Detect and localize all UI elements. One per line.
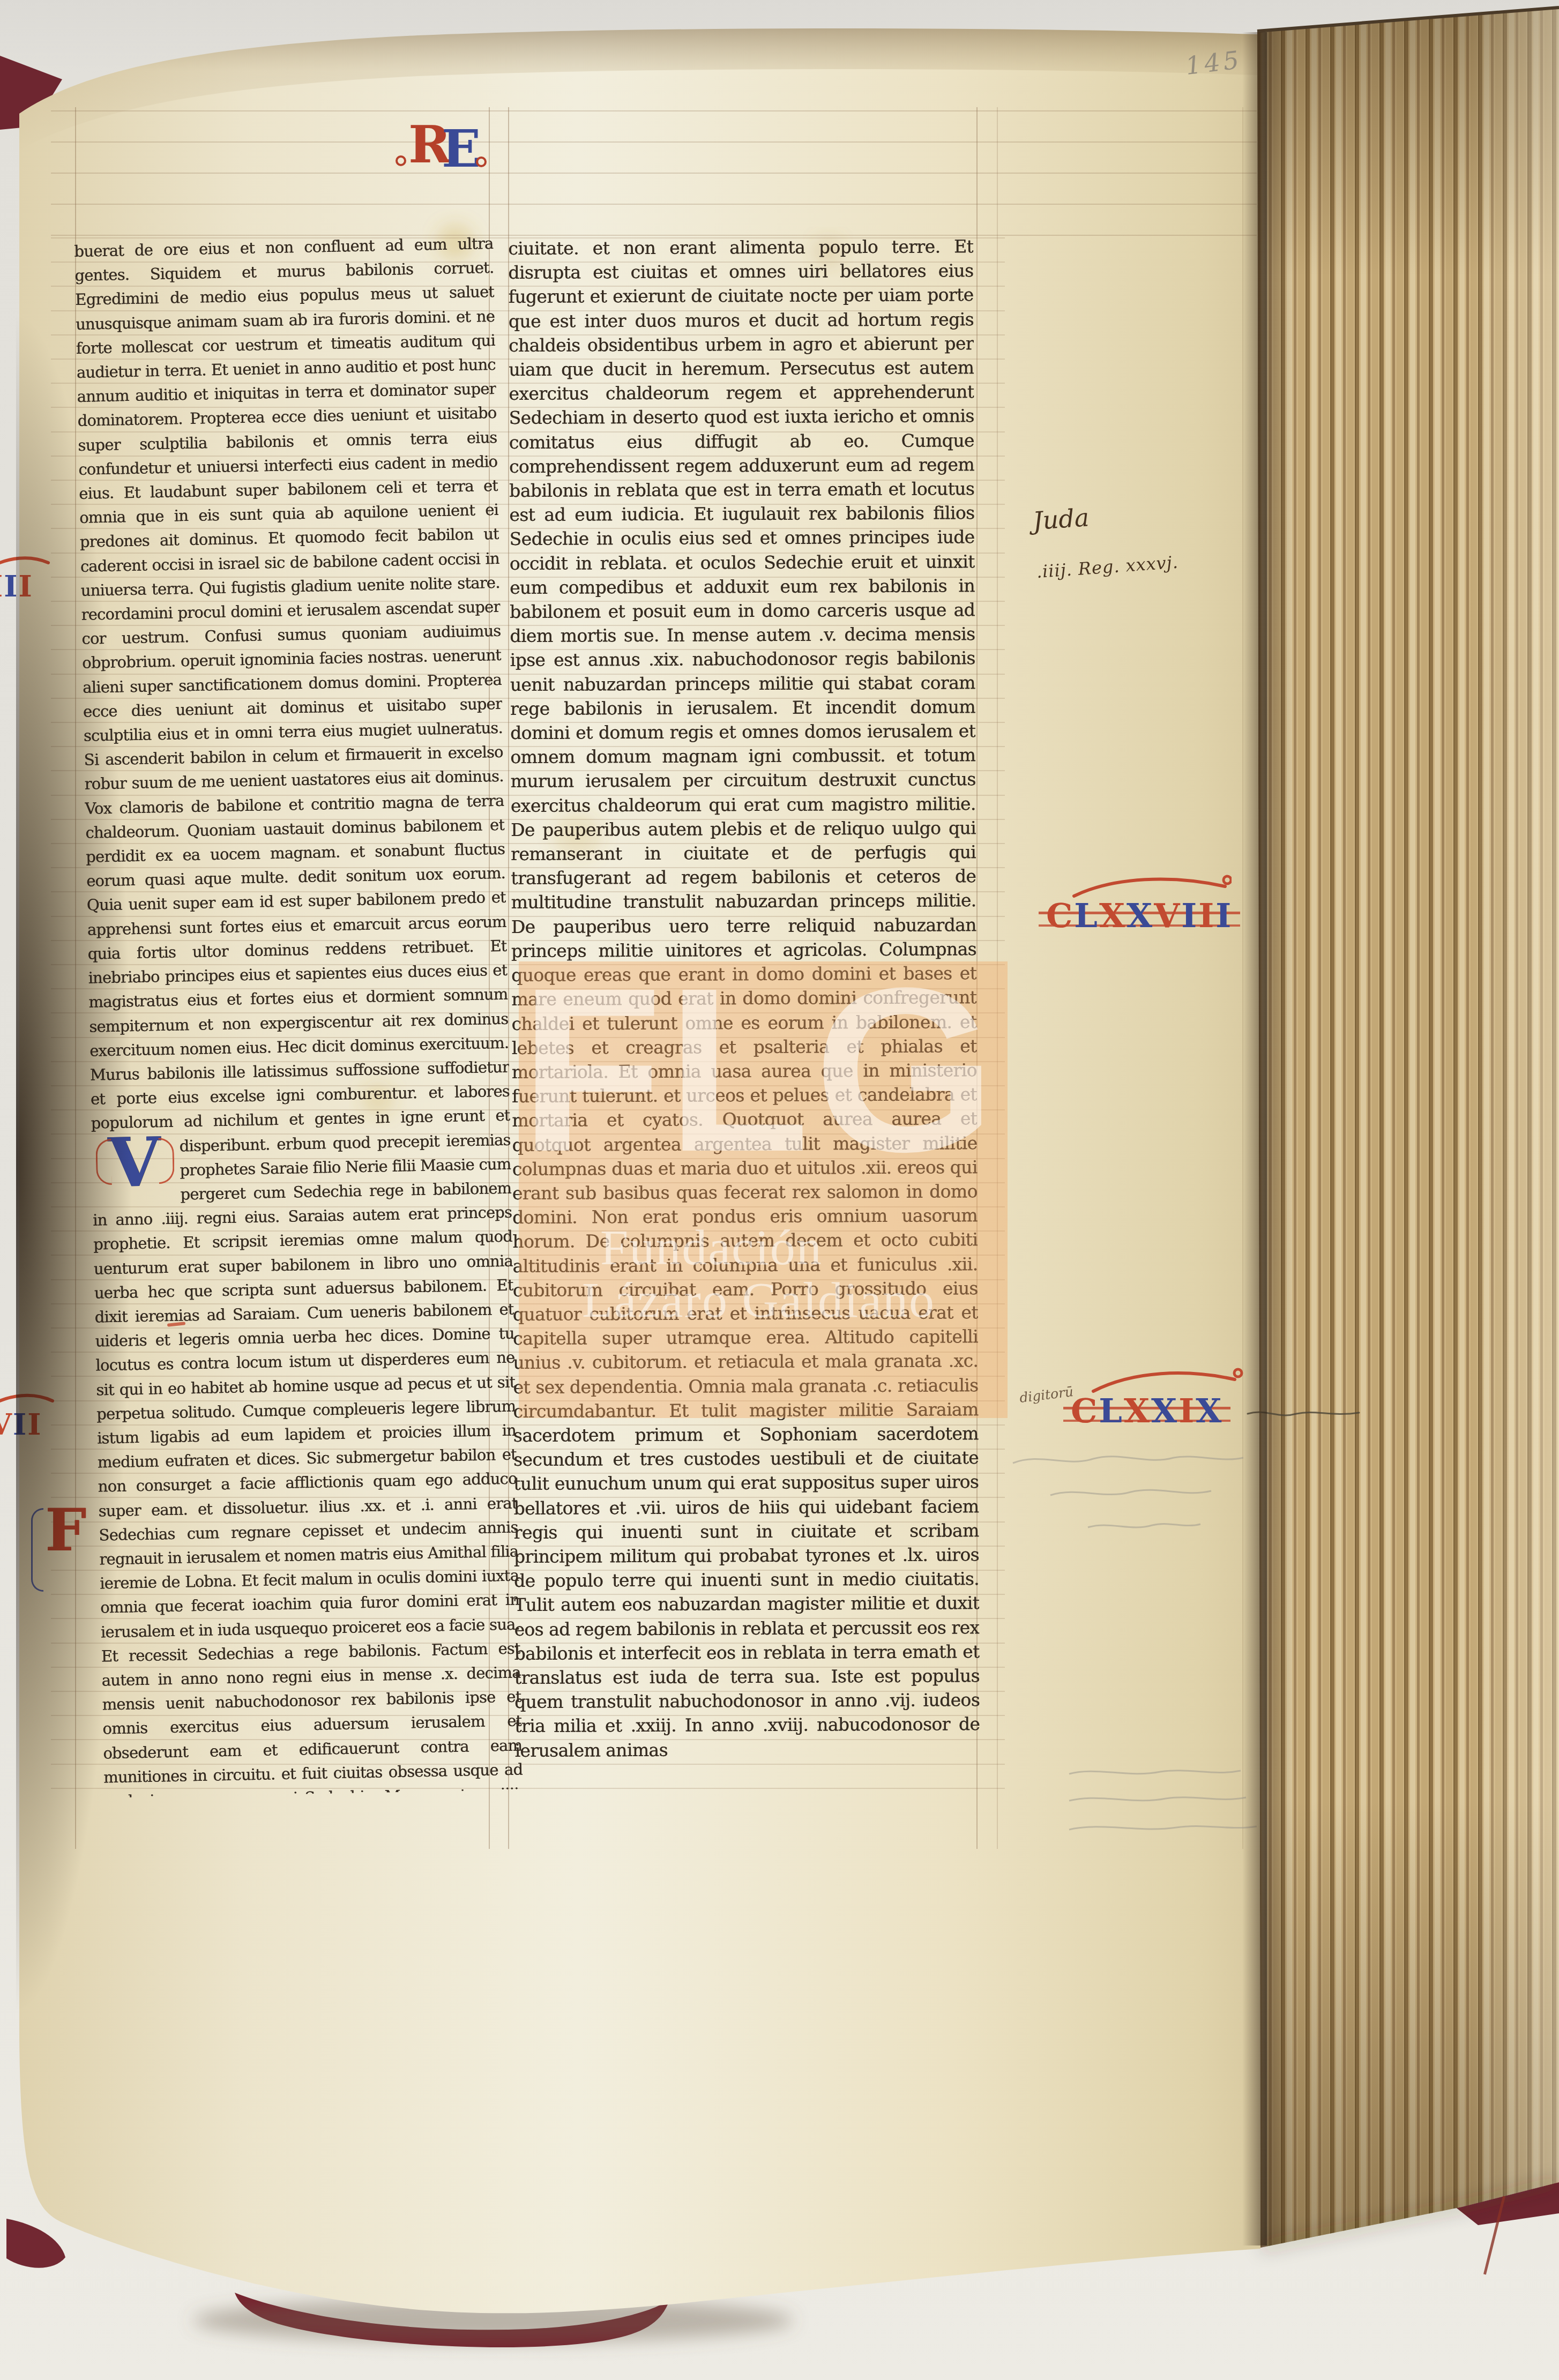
text-column-left: buerat de ore eius et non confluent ad e… — [74, 232, 523, 1797]
cover-sliver-left-bottom — [6, 2219, 65, 2268]
running-title-dot-left — [396, 155, 406, 166]
left-column-seg3: ilius .xx. et .i. anni erat Sedechias cu… — [99, 1494, 523, 1797]
gutter-chapter-numeral-1: III — [0, 569, 33, 603]
pencil-scribble-1 — [1008, 1442, 1340, 1549]
chapter-number-CLXXVIII: CLXXVIII — [1039, 896, 1240, 935]
illuminated-initial-v: V — [91, 1135, 177, 1185]
text-column-right: ciuitate. et non erant alimenta populo t… — [508, 234, 980, 1817]
right-column-seg1: ciuitate. et non erant alimenta populo t… — [508, 236, 980, 1760]
running-title-dot-right — [476, 156, 487, 167]
left-column-seg1: buerat de ore eius et non confluent ad e… — [74, 234, 510, 1155]
illuminated-initial-f: F — [45, 1505, 86, 1557]
manuscript-photo: R E 145 buerat de ore eius et non conflu… — [0, 0, 1559, 2380]
ruling-header-lines — [51, 110, 1257, 239]
pencil-scribble-2 — [1064, 1763, 1300, 1849]
running-title-letter-e: E — [442, 123, 481, 175]
ruling-vertical-5 — [997, 107, 998, 1849]
ruling-vertical-6 — [1242, 107, 1243, 1849]
juda-margin-note: Juda .iiij. Reg. xxxvj. — [1032, 498, 1179, 581]
gutter-chapter-numeral-2: VII — [0, 1407, 42, 1442]
fore-edge — [1257, 8, 1559, 2248]
chapter-number-CLXXIX: CLXXIX — [1063, 1391, 1230, 1430]
